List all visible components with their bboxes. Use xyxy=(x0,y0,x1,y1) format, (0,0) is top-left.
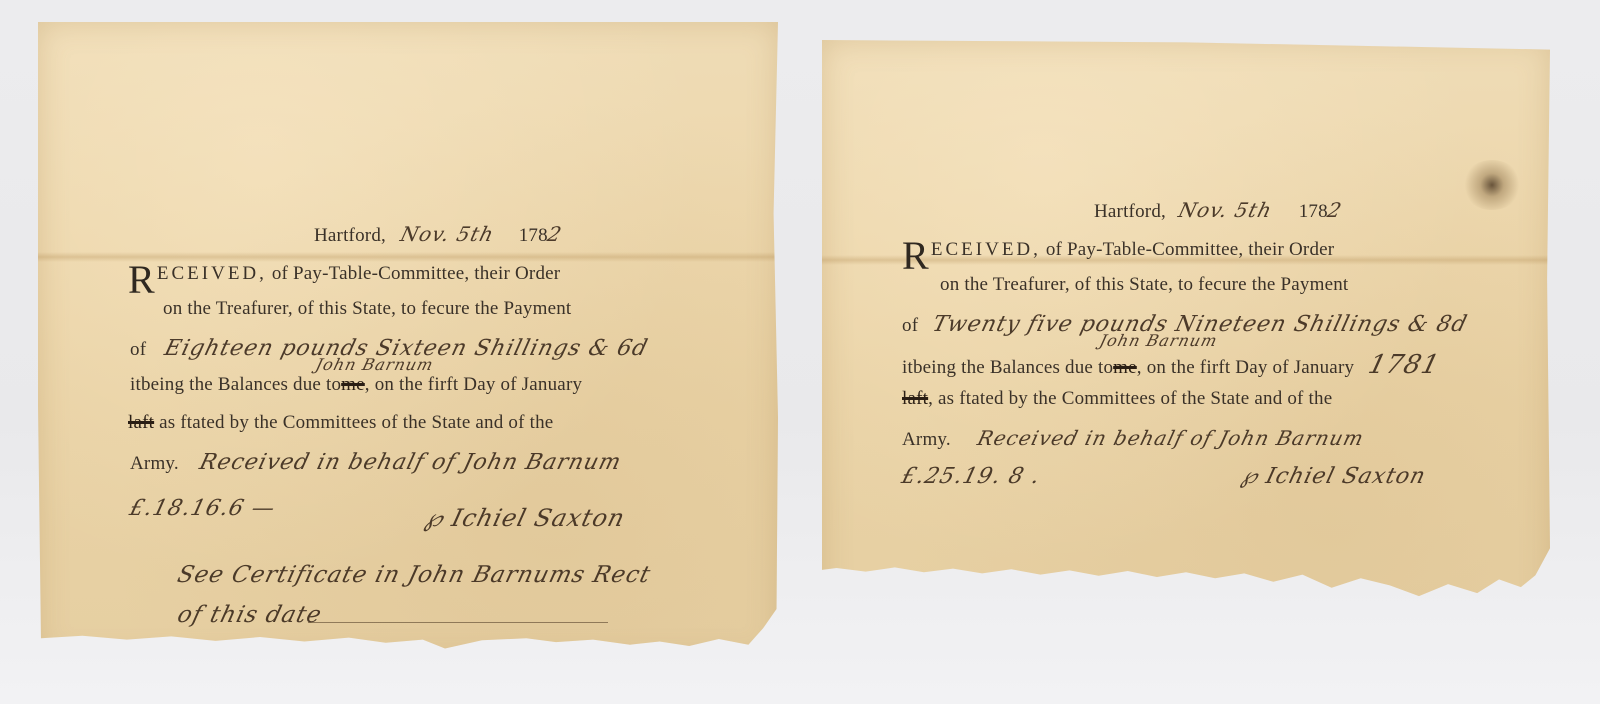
struck-last: laft xyxy=(902,388,928,409)
struck-last: laft xyxy=(128,412,154,433)
balances-text: itbeing the Balances due to xyxy=(130,374,341,395)
place-label: Hartford, xyxy=(314,225,386,246)
amount-figures: £.18.16.6 — xyxy=(127,496,278,521)
date-line: Hartford, Nov. 5th 1782 xyxy=(314,222,562,247)
date-line: Hartford, Nov. 5th 1782 xyxy=(1094,198,1342,223)
ink-stain xyxy=(1462,160,1522,210)
signature: ℘ Ichiel Saxton xyxy=(1239,464,1429,489)
received-text: of Pay-Table-Committee, their Order xyxy=(272,263,560,284)
received-line: RECEIVED, of Pay-Table-Committee, their … xyxy=(902,236,1334,276)
received-heading: ECEIVED, xyxy=(157,263,267,284)
amount-figures: £.25.19. 8 . xyxy=(899,464,1043,489)
received-on-behalf: Received in behalf of John Barnum xyxy=(197,450,624,475)
inserted-name: John Barnum xyxy=(314,355,436,374)
inserted-name: John Barnum xyxy=(1098,331,1220,350)
struck-me: me xyxy=(1113,357,1137,378)
of-label: of xyxy=(130,339,146,360)
balances-line: itbeing the Balances due tome, on the fi… xyxy=(902,350,1439,380)
left-receipt: Hartford, Nov. 5th 1782 RECEIVED, of Pay… xyxy=(38,22,778,660)
drop-cap: R xyxy=(128,260,155,300)
of-label: of xyxy=(902,315,918,336)
year-prefix: 178 xyxy=(1299,201,1328,222)
army-label: Army. xyxy=(130,453,179,474)
drop-cap: R xyxy=(902,236,929,276)
received-text: of Pay-Table-Committee, their Order xyxy=(1046,239,1334,260)
received-line: RECEIVED, of Pay-Table-Committee, their … xyxy=(128,260,560,300)
committees-line: laft as ftated by the Committees of the … xyxy=(128,412,553,434)
balances-text: itbeing the Balances due to xyxy=(902,357,1113,378)
struck-me: me xyxy=(341,374,365,395)
balances-line: itbeing the Balances due tome, on the fi… xyxy=(130,374,582,396)
army-line: Army. Received in behalf of John Barnum xyxy=(130,450,621,475)
committees-line: laft, as ftated by the Committees of the… xyxy=(902,388,1332,410)
year-prefix: 178 xyxy=(519,225,548,246)
army-label: Army. xyxy=(902,429,951,450)
treasurer-line: on the Treafurer, of this State, to fecu… xyxy=(163,298,571,320)
january-text: , on the firft Day of January xyxy=(365,374,582,395)
received-heading: ECEIVED, xyxy=(931,239,1041,260)
date-handwritten: Nov. 5th xyxy=(398,222,497,246)
date-handwritten: Nov. 5th xyxy=(1176,198,1275,222)
committees-text: as ftated by the Committees of the State… xyxy=(159,412,553,433)
received-on-behalf: Received in behalf of John Barnum xyxy=(975,426,1367,450)
place-label: Hartford, xyxy=(1094,201,1166,222)
army-line: Army. Received in behalf of John Barnum xyxy=(902,426,1364,451)
certificate-note: See Certificate in John Barnums Rect xyxy=(175,562,654,588)
treasurer-line: on the Treafurer, of this State, to fecu… xyxy=(940,274,1348,296)
january-year: 1781 xyxy=(1365,350,1443,380)
signature: ℘ Ichiel Saxton xyxy=(423,504,629,532)
certificate-note-date: of this date xyxy=(175,602,325,628)
committees-text: , as ftated by the Committees of the Sta… xyxy=(928,388,1332,409)
right-receipt: Hartford, Nov. 5th 1782 RECEIVED, of Pay… xyxy=(822,40,1550,638)
january-text: , on the firft Day of January xyxy=(1137,357,1354,378)
note-flourish xyxy=(308,622,608,623)
